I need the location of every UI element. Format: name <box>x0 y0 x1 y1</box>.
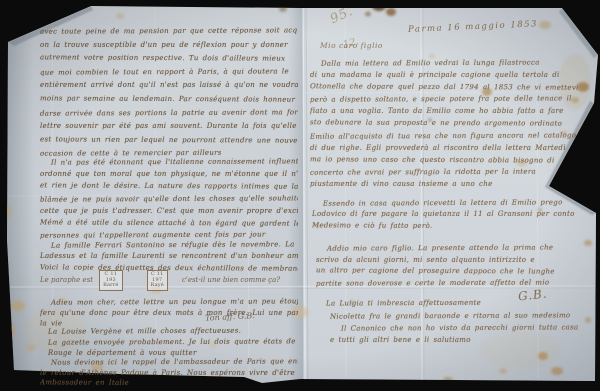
handwritten-line: La Louise Vergène et mille choses affect… <box>48 325 298 336</box>
right-signature-flourish: G.B. <box>517 286 548 303</box>
handwritten-line: Il Canonico che non ho visto da parecchi… <box>330 322 580 335</box>
handwritten-line: piustamente di vino causa insieme a uno … <box>310 178 588 190</box>
handwritten-line: Lodovico di fare pagare la quietanza il … <box>312 209 588 220</box>
handwritten-line: avec toute peine de ma pension par que c… <box>40 24 298 39</box>
right-luigia-line: La Luigia ti imbrescia affettuosamente <box>326 298 516 308</box>
handwritten-line: Essendo in casa quando ricevetti la lett… <box>312 197 588 210</box>
handwritten-line: Emilio all'acquisto di tua resa che non … <box>310 129 588 143</box>
handwritten-line: Ladessus et la famille Laurenti se renco… <box>40 251 298 262</box>
letter-scan: avec toute peine de ma pension par que c… <box>0 0 600 391</box>
handwritten-line: La gazette envoyée probablement. Je lui … <box>48 336 298 348</box>
handwritten-line: le retour d'Athènes Padoue à Paris. Nous… <box>40 368 298 379</box>
handwritten-line: Nicoletta fra le grandi baraonde e ritor… <box>330 310 580 321</box>
archival-mark-95: 95. <box>328 4 356 27</box>
handwritten-line: autrement votre position respective. Tu … <box>40 52 298 67</box>
handwritten-line: Addio mio caro figlio. La presente atten… <box>316 242 588 255</box>
handwritten-line: que moi combien le tout en rapport à Par… <box>40 65 298 80</box>
handwriting-layer: avec toute peine de ma pension par que c… <box>0 0 600 391</box>
handwritten-line: concerto che avrai per suffragio la rido… <box>310 165 588 179</box>
handwritten-line: La famille Ferrari Santonino se réfugie … <box>40 239 298 252</box>
handwritten-line: cette que je puis t'adresser. C'est que … <box>40 205 298 217</box>
handwritten-line: Adieu mon cher, cette lettre un peu long… <box>40 296 298 309</box>
handwritten-line: moins par semaine au lendemain. Par cons… <box>40 92 298 107</box>
handwritten-line: sto debunare la sua proposta e ne prendo… <box>310 117 588 131</box>
left-paragraph-5: La Louise Vergène et mille choses affect… <box>48 326 298 336</box>
left-paragraph-7: Nous devions ici le rappel de l'ambassad… <box>40 357 298 389</box>
handwritten-line: scrivo da alcuni giorni, mi sento alquan… <box>316 255 588 267</box>
stamp-line-suffix: c'est-il une bien comme ça? <box>182 276 280 284</box>
handwritten-line: Nous devions ici le rappel de l'ambassad… <box>40 356 298 368</box>
handwritten-line: di due righe. Egli provvederà al riscont… <box>310 142 588 154</box>
handwritten-line: La Luigia ti imbrescia affettuosamente <box>326 298 516 309</box>
left-paragraph-2: Il n'a pas été étonnant que l'italienne … <box>40 156 298 241</box>
right-paragraph-2: Essendo in casa quando ricevetti la lett… <box>312 198 588 232</box>
stamp-box-row: Barré <box>103 283 118 289</box>
stamp-sample-line: Le paraphe est C 11 193 Barré C 11 197 R… <box>40 270 308 291</box>
dateline: Parma 16 maggio 1853 <box>408 17 588 35</box>
left-paragraph-1: avec toute peine de ma pension par que c… <box>40 25 298 161</box>
stamp-box-197: C 11 197 Rayé <box>147 270 168 291</box>
handwritten-line: e tutti gli altri bene e li salutiamo <box>330 335 580 347</box>
handwritten-line: Dalla mia lettera ad Emilio vedrai la lu… <box>310 56 588 70</box>
handwritten-line: di una madama le quali è principale cagi… <box>310 69 588 81</box>
handwritten-line: lettre souvenir par été pas ami souvent.… <box>40 120 298 134</box>
right-paragraph-3: Addio mio caro figlio. La presente atten… <box>316 243 588 289</box>
right-paragraph-1: Dalla mia lettera ad Emilio vedrai la lu… <box>310 57 588 190</box>
stamp-box-193: C 11 193 Barré <box>99 270 122 291</box>
handwritten-line: entièrement arrivé dont qu'il n'est pas … <box>40 79 298 93</box>
handwritten-line: darse arrivée dans ses portions la patri… <box>40 106 298 121</box>
handwritten-line: però a dispetto soltanto, e specie poter… <box>310 93 588 107</box>
handwritten-line: partite sono doverose e certe le moderat… <box>316 277 588 290</box>
handwritten-line: et rien je dont le désire. La nature des… <box>40 180 298 194</box>
handwritten-line: Il n'a pas été étonnant que l'italienne … <box>40 155 298 169</box>
handwritten-line: Medesimo e ciò fu fatto però. <box>312 220 588 233</box>
salutation: Mio caro figlio <box>320 41 383 50</box>
stamp-box-row: Rayé <box>151 283 164 289</box>
left-paragraph-6: La gazette envoyée probablement. Je lui … <box>48 337 298 358</box>
handwritten-line: Ambassadeur en Italie <box>40 377 298 389</box>
handwritten-line: blâmée je ne puis savoir qu'elle dont le… <box>40 192 298 206</box>
right-nicoletta-line: Nicoletta fra le grandi baraonde e ritor… <box>330 311 580 321</box>
right-paragraph-4: Il Canonico che non ho visto da parecchi… <box>330 323 580 346</box>
stamp-line-prefix: Le paraphe est <box>40 276 93 284</box>
handwritten-line: on la trouve susceptible d'un peu de réf… <box>40 39 298 53</box>
